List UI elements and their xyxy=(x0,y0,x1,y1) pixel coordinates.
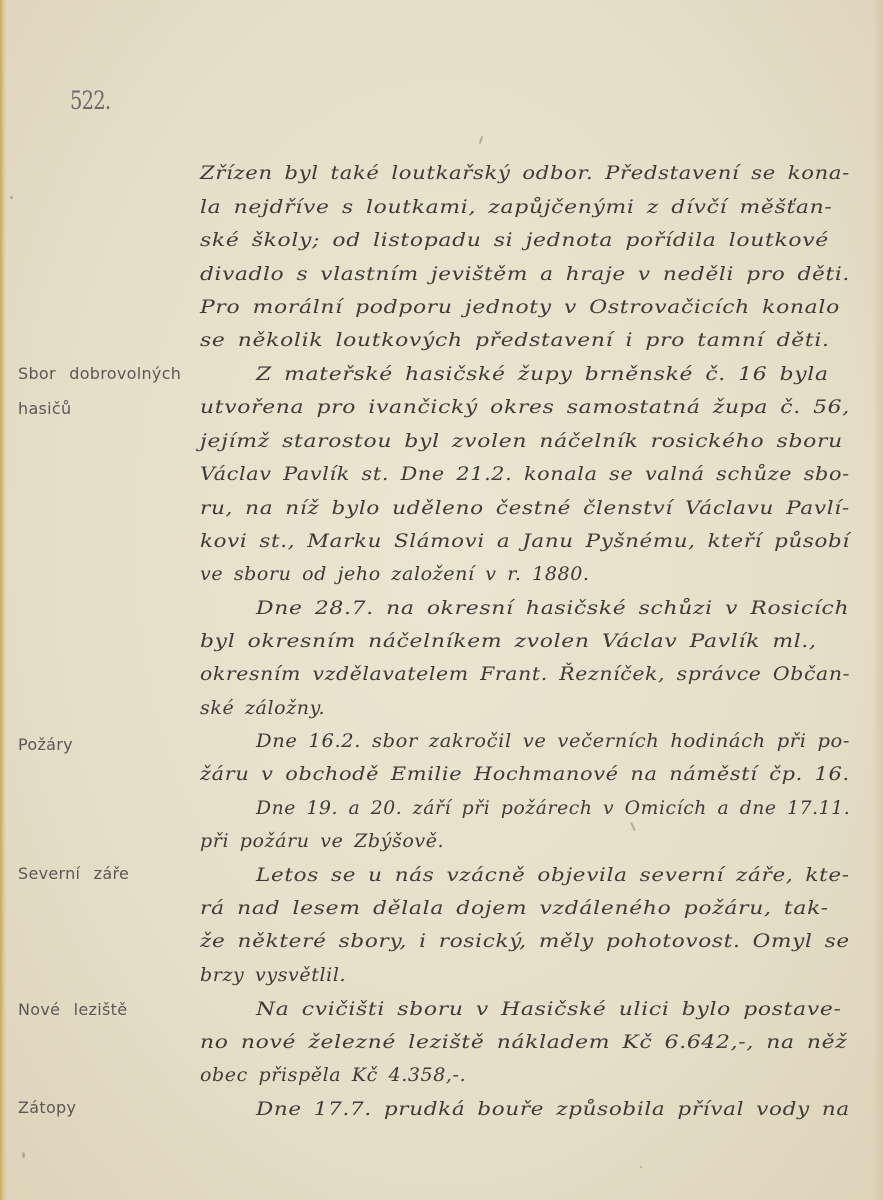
text-line: la nejdříve s loutkami, zapůjčenými z dí… xyxy=(200,196,832,218)
text-line: Na cvičišti sboru v Hasičské ulici bylo … xyxy=(256,998,842,1020)
text-line: rá nad lesem dělala dojem vzdáleného pož… xyxy=(200,897,829,919)
text-line: Dne 17.7. prudká bouře způsobila příval … xyxy=(256,1098,850,1120)
paper-speck xyxy=(630,822,636,831)
text-line: se několik loutkových představení i pro … xyxy=(200,329,830,351)
margin-heading: Severní záře xyxy=(18,864,129,883)
text-line: Z mateřské hasičské župy brněnské č. 16 … xyxy=(256,363,829,385)
text-line: byl okresním náčelníkem zvolen Václav Pa… xyxy=(200,630,817,652)
text-line: ve sboru od jeho založení v r. 1880. xyxy=(200,563,590,585)
text-line: Dne 28.7. na okresní hasičské schůzi v R… xyxy=(256,597,849,619)
text-line: ru, na níž bylo uděleno čestné členství … xyxy=(200,497,850,519)
text-line: ské školy; od listopadu si jednota poříd… xyxy=(200,229,829,251)
text-line: žáru v obchodě Emilie Hochmanové na námě… xyxy=(200,763,850,785)
binding-edge xyxy=(0,0,6,1200)
manuscript-page: 522. Sbor dobrovolnýchhasičůPožárySevern… xyxy=(0,0,883,1200)
text-line: Zřízen byl také loutkařský odbor. Předst… xyxy=(200,162,850,184)
margin-heading: Nové leziště xyxy=(18,1000,127,1019)
margin-heading: Zátopy xyxy=(18,1098,76,1117)
page-number: 522. xyxy=(70,86,110,115)
text-line: brzy vysvětlil. xyxy=(200,964,346,986)
page-edge xyxy=(873,0,883,1200)
text-line: Pro morální podporu jednoty v Ostrovačic… xyxy=(200,296,840,318)
text-line: utvořena pro ivančický okres samostatná … xyxy=(200,396,850,418)
text-line: že některé sbory, i rosický, měly pohoto… xyxy=(200,930,850,952)
margin-heading: hasičů xyxy=(18,399,71,418)
text-line: okresním vzdělavatelem Frant. Řezníček, … xyxy=(200,663,850,685)
text-line: Dne 16.2. sbor zakročil ve večerních hod… xyxy=(256,730,850,752)
text-line: Václav Pavlík st. Dne 21.2. konala se va… xyxy=(200,463,850,485)
paper-speck xyxy=(640,1166,642,1168)
text-line: kovi st., Marku Slámovi a Janu Pyšnému, … xyxy=(200,530,850,552)
text-line: Letos se u nás vzácně objevila severní z… xyxy=(256,864,850,886)
text-line: no nové železné leziště nákladem Kč 6.64… xyxy=(200,1031,848,1053)
text-line: ské záložny. xyxy=(200,697,325,719)
margin-heading: Sbor dobrovolných xyxy=(18,364,181,383)
text-line: Dne 19. a 20. září při požárech v Omicíc… xyxy=(256,797,850,819)
text-line: divadlo s vlastním jevištěm a hraje v ne… xyxy=(200,263,850,285)
margin-heading: Požáry xyxy=(18,735,73,754)
text-line: jejímž starostou byl zvolen náčelník ros… xyxy=(200,430,843,452)
text-line: obec přispěla Kč 4.358,-. xyxy=(200,1064,466,1086)
paper-speck xyxy=(479,136,484,144)
paper-speck xyxy=(10,196,13,199)
paper-speck xyxy=(22,1152,25,1158)
text-line: při požáru ve Zbýšově. xyxy=(200,830,444,852)
